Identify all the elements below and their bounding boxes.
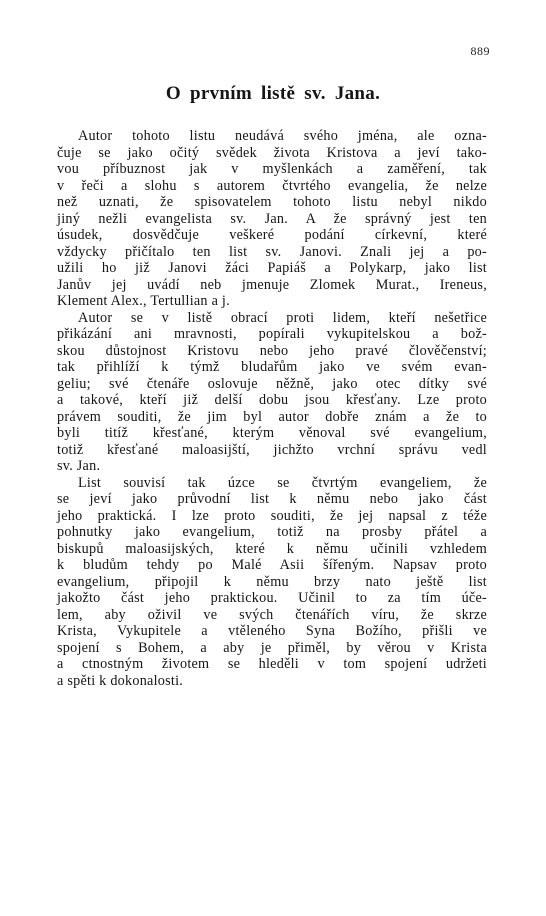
text-line: geliu; své čtenáře oslovuje něžně, jako …: [57, 376, 487, 393]
text-line: evangelium, připojil k němu brzy nato je…: [57, 574, 487, 591]
text-line: vou příbuznost jak v myšlenkách a zaměře…: [57, 161, 487, 178]
text-line: Janův jej uvádí neb jmenuje Zlomek Murat…: [57, 277, 487, 294]
text-line: jeho praktická. I lze proto souditi, že …: [57, 508, 487, 525]
text-line: Klement Alex., Tertullian a j.: [57, 293, 487, 310]
text-line: přikázání ani mravnosti, popírali vykupi…: [57, 326, 487, 343]
text-line: tak přihlíží k týmž bludařům jako ve své…: [57, 359, 487, 376]
text-line: Krista, Vykupitele a vtěleného Syna Boží…: [57, 623, 487, 640]
text-line: se jeví jako průvodní list k němu nebo j…: [57, 491, 487, 508]
text-line: úsudek, dosvědčuje veškeré podání církev…: [57, 227, 487, 244]
text-line: Autor se v listě obrací proti lidem, kte…: [57, 310, 487, 327]
text-line: List souvisí tak úzce se čtvrtým evangel…: [57, 475, 487, 492]
text-line: užili ho již Janovi žáci Papiáš a Polyka…: [57, 260, 487, 277]
paragraph-2: Autor se v listě obrací proti lidem, kte…: [57, 310, 487, 475]
text-line: a ctnostným životem se hleděli v tom spo…: [57, 656, 487, 673]
text-line: k bludům tehdy po Malé Asii šířeným. Nap…: [57, 557, 487, 574]
text-line: vždycky přičítalo ten list sv. Janovi. Z…: [57, 244, 487, 261]
text-line: Autor tohoto listu neudává svého jména, …: [57, 128, 487, 145]
paragraph-1: Autor tohoto listu neudává svého jména, …: [57, 128, 487, 310]
text-line: biskupů maloasijských, které k němu učin…: [57, 541, 487, 558]
text-line: právem souditi, že jim byl autor dobře z…: [57, 409, 487, 426]
text-line: byli titíž křesťané, kterým věnoval své …: [57, 425, 487, 442]
text-line: totiž křesťané maloasijští, jichžto vrch…: [57, 442, 487, 459]
text-line: čuje se jako očitý svědek života Kristov…: [57, 145, 487, 162]
text-line: a takové, kteří již delší dobu jsou křes…: [57, 392, 487, 409]
page-title: O prvním listě sv. Jana.: [0, 83, 546, 105]
text-line: jakožto část jeho praktickou. Učinil to …: [57, 590, 487, 607]
body-text: Autor tohoto listu neudává svého jména, …: [57, 128, 487, 689]
text-line: a spěti k dokonalosti.: [57, 673, 487, 690]
text-line: jiný nežli evangelista sv. Jan. A že spr…: [57, 211, 487, 228]
text-line: v řeči a slohu s autorem čtvrtého evange…: [57, 178, 487, 195]
page-number: 889: [430, 44, 490, 59]
paragraph-3: List souvisí tak úzce se čtvrtým evangel…: [57, 475, 487, 690]
text-line: sv. Jan.: [57, 458, 487, 475]
text-line: lem, aby oživil ve svých čtenářích víru,…: [57, 607, 487, 624]
text-line: pohnutky jako evangelium, totiž na prosb…: [57, 524, 487, 541]
text-line: než uznati, že spisovatelem tohoto listu…: [57, 194, 487, 211]
text-line: skou důstojnost Kristovu nebo jeho pravé…: [57, 343, 487, 360]
text-line: spojení s Bohem, a aby je přiměl, by věr…: [57, 640, 487, 657]
